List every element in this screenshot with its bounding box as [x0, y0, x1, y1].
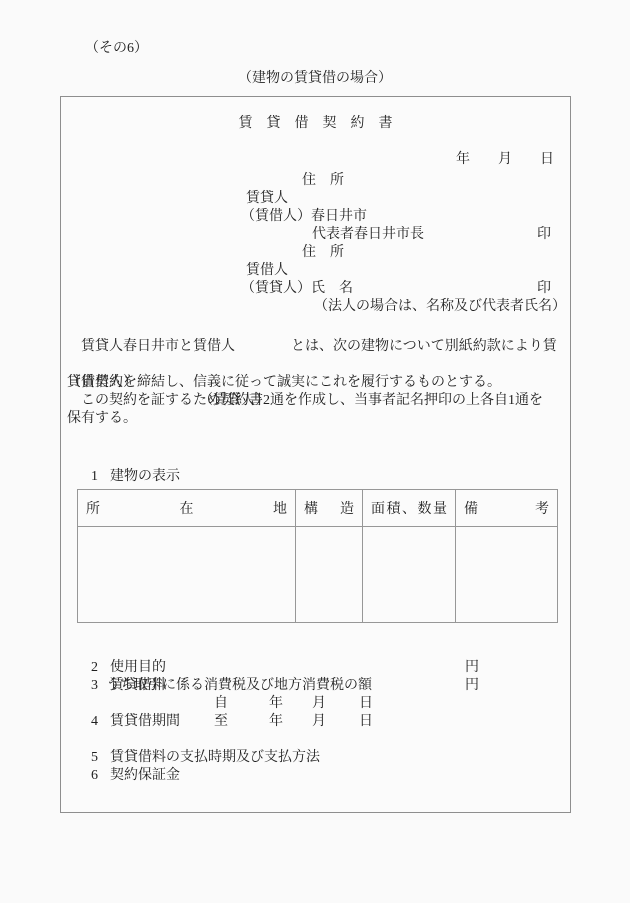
item-3-rent-unit: 円	[465, 659, 479, 677]
table-header-area-quantity: 面 積 、 数 量	[362, 490, 455, 527]
lessor-role-paren: （賃借人）	[241, 209, 311, 224]
table-header-location: 所 在 地	[78, 490, 295, 527]
lessor-seal-mark: 印	[537, 226, 551, 244]
item-4-from-month: 月	[312, 695, 326, 713]
lessor-role-label: 賃貸人	[246, 190, 288, 208]
date-line: 年 月 日	[456, 151, 554, 169]
lessee-name-label: 氏 名	[311, 281, 353, 296]
lessor-representative: 代表者春日井市長	[312, 226, 424, 244]
item-3-tax-note: うち取引に係る消費税及び地方消費税の額	[106, 677, 372, 695]
table-cell-remarks	[455, 527, 557, 622]
lessee-address-label: 住 所	[302, 244, 344, 262]
item-3-rent: 3賃貸借料	[77, 659, 166, 677]
item-4-to-year: 年	[269, 713, 283, 731]
item-4-from-year: 年	[269, 695, 283, 713]
table-header-structure: 構 造	[295, 490, 362, 527]
lessor-name-line: （賃借人）春日井市	[241, 208, 367, 226]
item-2-purpose: 2使用目的	[77, 641, 166, 659]
item-6-deposit: 6契約保証金	[77, 749, 180, 767]
building-table: 所 在 地 構 造 面 積 、 数 量 備 考	[77, 489, 558, 623]
lessee-seal-mark: 印	[537, 280, 551, 298]
contract-title: 賃 貸 借 契 約 書	[61, 115, 570, 133]
lessee-name-line: （賃貸人）氏 名	[241, 280, 353, 298]
contract-sheet: 賃 貸 借 契 約 書 年 月 日 住 所 賃貸人 （賃借人）春日井市 代表者春…	[60, 96, 571, 813]
lessor-address-label: 住 所	[302, 172, 344, 190]
item-4-to-label: 至	[214, 713, 228, 731]
document-subtitle: （建物の賃貸借の場合）	[0, 70, 630, 88]
item-4-lease-term: 4賃貸借期間	[77, 695, 180, 713]
page-note: （その6）	[85, 40, 148, 58]
item-5-payment: 5賃貸借料の支払時期及び支払方法	[77, 731, 320, 749]
body-line-2: （賃借人） （賃貸人）	[67, 356, 467, 374]
lessee-role-label: 賃借人	[246, 262, 288, 280]
body-line-5: 保有する。	[67, 410, 137, 428]
item-3-tax-unit: 円	[465, 677, 479, 695]
lessee-corporate-note: （法人の場合は、名称及び代表者氏名）	[314, 298, 566, 316]
section1-heading: 1建物の表示	[77, 450, 180, 468]
item-4-from-day: 日	[359, 695, 373, 713]
item-4-to-month: 月	[312, 713, 326, 731]
body-line-4: この契約を証するため契約書2通を作成し、当事者記名押印の上各自1通を	[67, 392, 543, 410]
body-line-1: 賃貸人春日井市と賃借人 とは、次の建物について別紙約款により賃	[67, 338, 557, 356]
table-header-remarks: 備 考	[455, 490, 557, 527]
body-line-3: 貸借契約を締結し、信義に従って誠実にこれを履行するものとする。	[67, 374, 501, 392]
item-4-from-label: 自	[214, 695, 228, 713]
section1-number: 1	[91, 468, 110, 486]
item-4-to-day: 日	[359, 713, 373, 731]
section1-label: 建物の表示	[110, 469, 180, 484]
table-cell-location	[78, 527, 295, 622]
lessee-role-paren: （賃貸人）	[241, 281, 311, 296]
table-cell-structure	[295, 527, 362, 622]
table-cell-area-quantity	[362, 527, 455, 622]
lessor-name: 春日井市	[311, 209, 367, 224]
